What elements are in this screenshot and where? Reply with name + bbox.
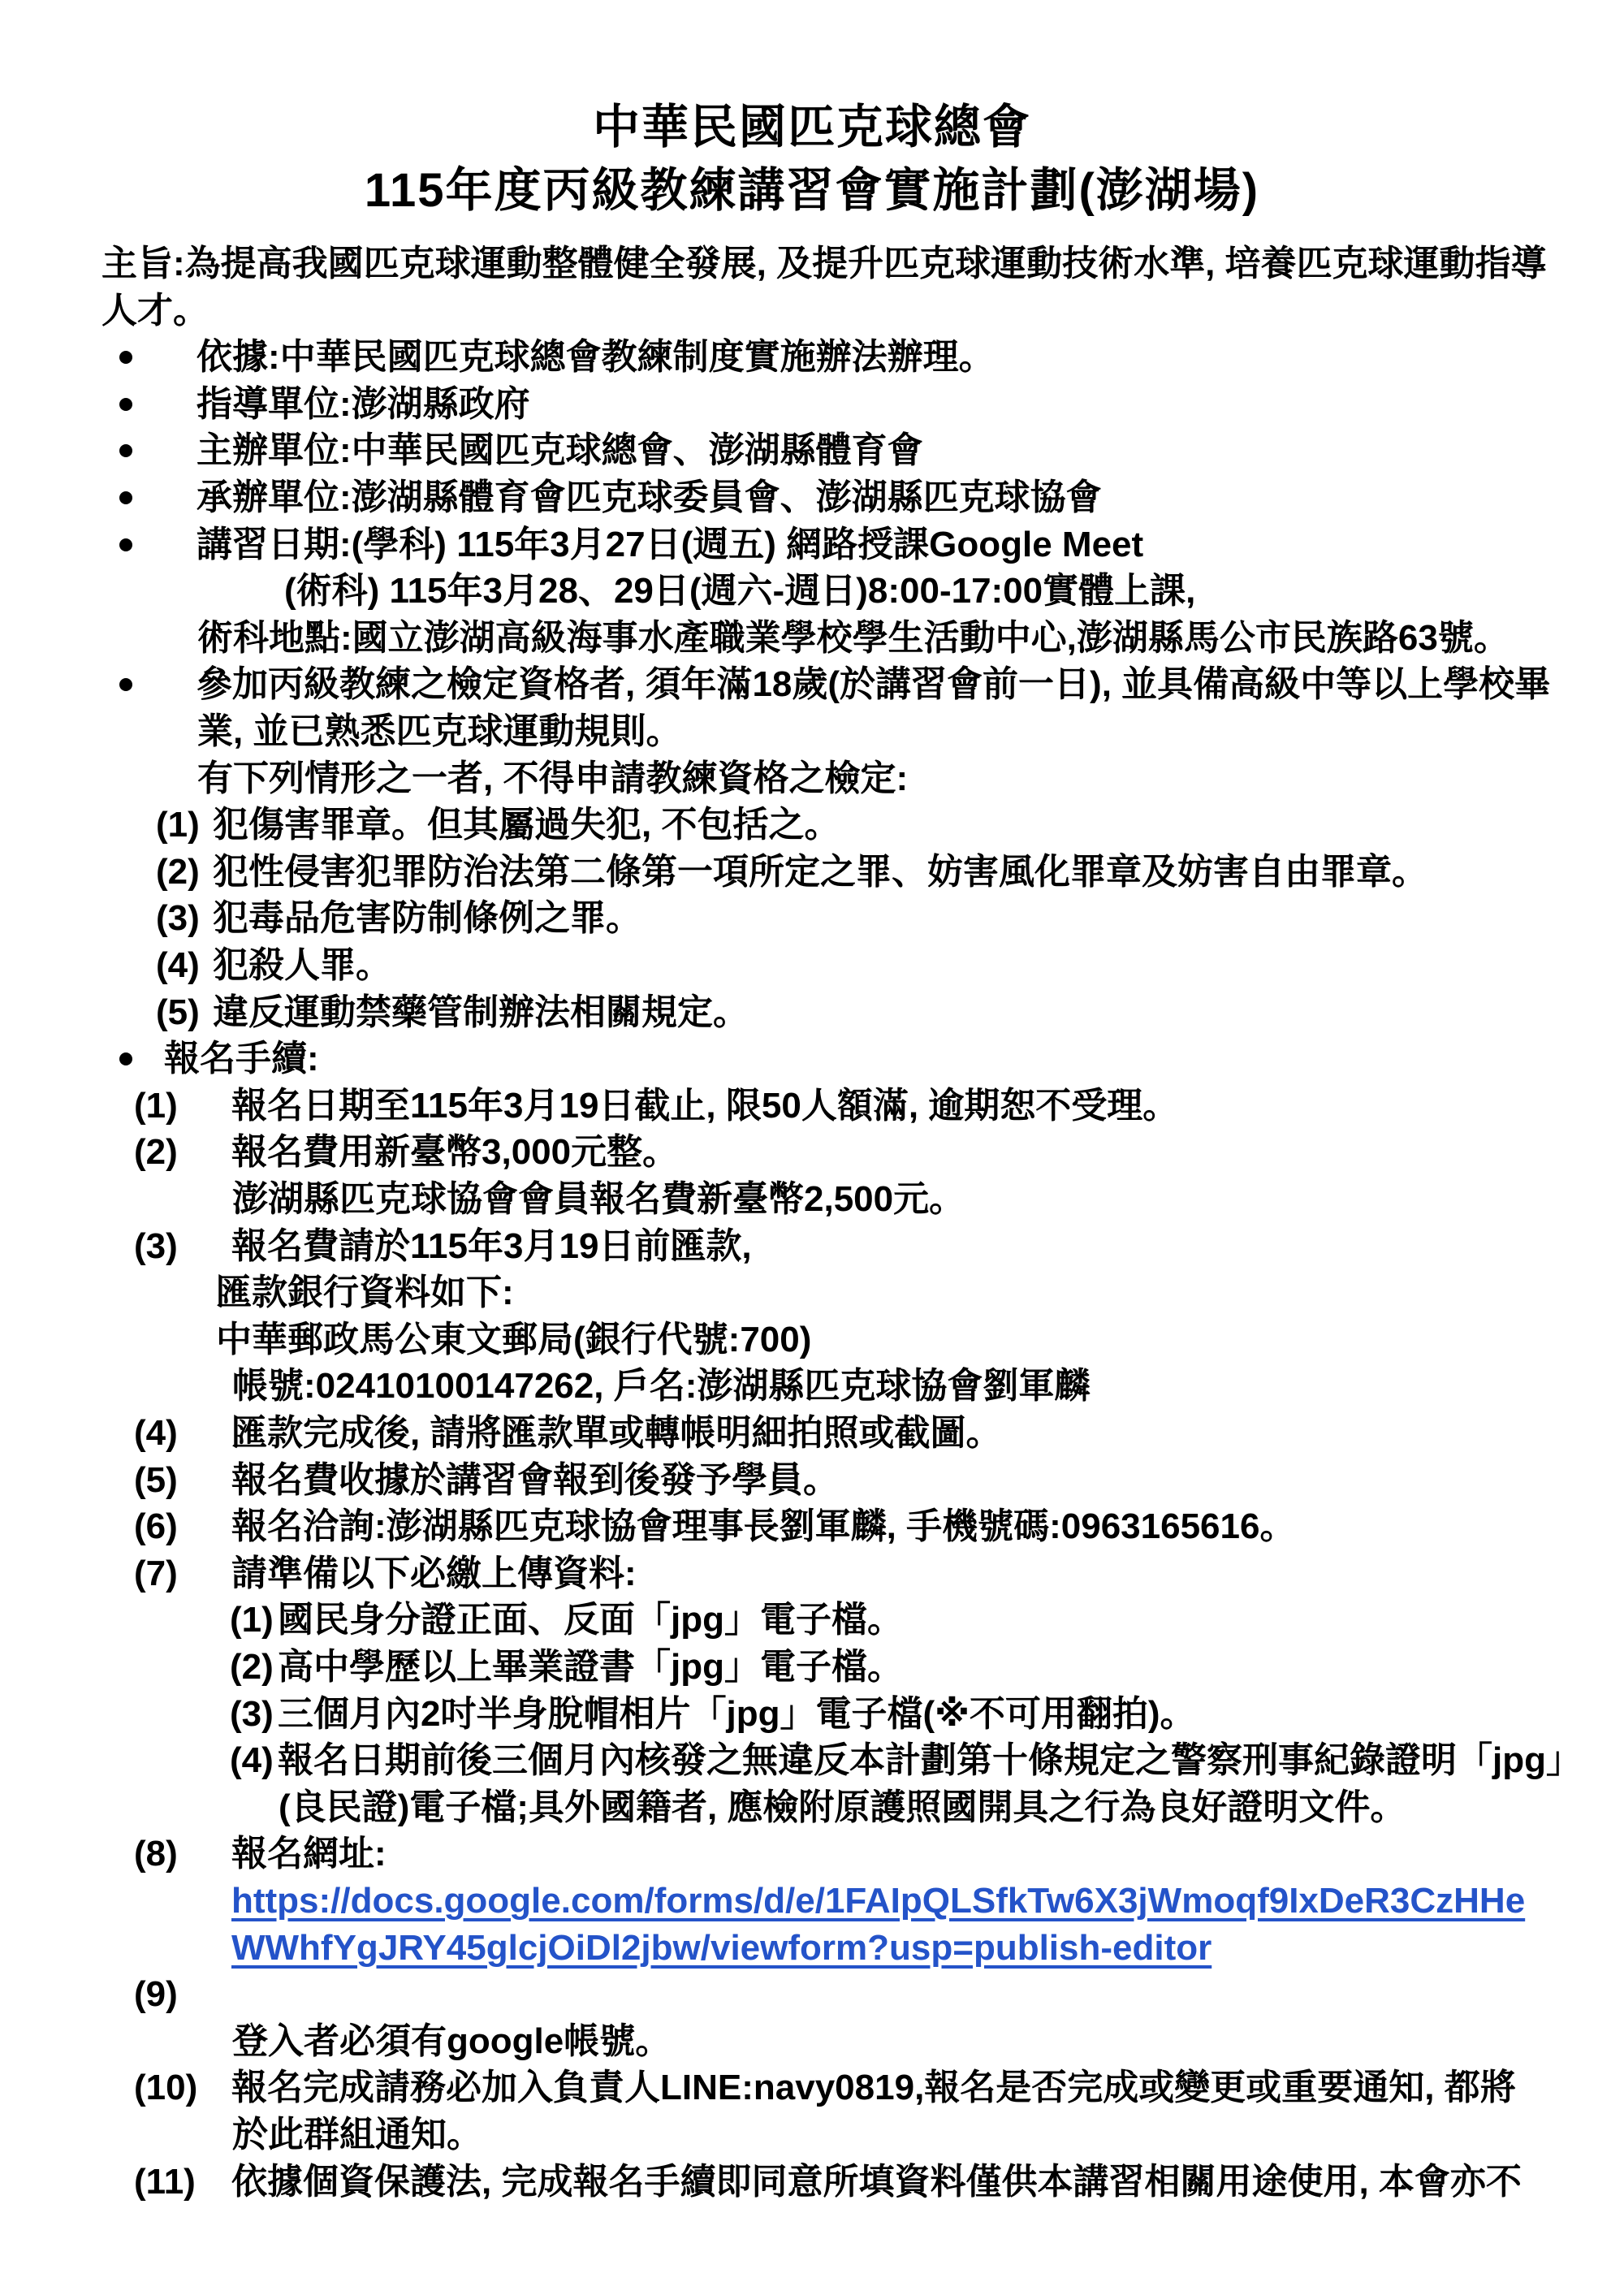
subject-line-2: 人才。: [0, 287, 1624, 335]
line-text: 報名費請於115年3月19日前匯款,: [231, 1223, 752, 1270]
list-marker: (4): [134, 1410, 178, 1457]
line-text: 報名日期至115年3月19日截止, 限50人額滿, 逾期恕不受理。: [231, 1083, 1178, 1130]
line-text: 犯毒品危害防制條例之罪。: [213, 895, 641, 942]
list-marker: (1): [156, 802, 200, 849]
line-text: 犯傷害罪章。但其屬過失犯, 不包括之。: [213, 802, 840, 849]
registration-url-line2[interactable]: WWhfYgJRY45glcjOiDl2jbw/viewform?usp=pub…: [231, 1925, 1212, 1972]
upload-item-2: (2)高中學歷以上畢業證書「jpg」電子檔。: [0, 1644, 1624, 1691]
line-text: 中華郵政馬公東文郵局(銀行代號:700): [216, 1316, 811, 1364]
list-marker: (3): [134, 1223, 178, 1270]
line-text: 於此群組通知。: [232, 2111, 482, 2159]
line-text: 承辦單位:澎湖縣體育會匹克球委員會、澎湖縣匹克球協會: [197, 474, 1102, 521]
line-text: 主辦單位:中華民國匹克球總會、澎湖縣體育會: [197, 427, 923, 474]
line-text: 帳號:02410100147262, 戶名:澎湖縣匹克球協會劉軍麟: [232, 1363, 1090, 1410]
bullet-dot-icon: [119, 1052, 132, 1065]
bullet-eligibility-3: 有下列情形之一者, 不得申請教練資格之檢定:: [0, 755, 1624, 802]
line-text: 請準備以下必繳上傳資料:: [231, 1550, 637, 1597]
line-text: 指導單位:澎湖縣政府: [197, 381, 530, 428]
registration-item-4: (4)匯款完成後, 請將匯款單或轉帳明細拍照或截圖。: [0, 1410, 1624, 1457]
list-marker: (11): [134, 2159, 196, 2206]
list-marker: (4): [230, 1737, 274, 1784]
list-marker: (3): [230, 1691, 274, 1738]
page-title-line1: 中華民國匹克球總會: [0, 96, 1624, 159]
upload-item-4b: (良民證)電子檔;具外國籍者, 應檢附原護照國開具之行為良好證明文件。: [0, 1784, 1624, 1831]
bullet-registration-procedure: 報名手續:: [0, 1035, 1624, 1083]
bullet-supervising-unit: 指導單位:澎湖縣政府: [0, 381, 1624, 428]
line-text: 三個月內2吋半身脫帽相片「jpg」電子檔(※不可用翻拍)。: [278, 1691, 1196, 1738]
line-text: 匯款銀行資料如下:: [216, 1269, 514, 1316]
line-text: 依據個資保護法, 完成報名手續即同意所填資料僅供本講習相關用途使用, 本會亦不: [231, 2159, 1522, 2206]
list-marker: (5): [134, 1457, 178, 1504]
registration-url-line1[interactable]: https://docs.google.com/forms/d/e/1FAIpQ…: [0, 1878, 1624, 1925]
line-text: 講習日期:(學科) 115年3月27日(週五) 網路授課Google Meet: [197, 521, 1143, 568]
registration-item-2b: 澎湖縣匹克球協會會員報名費新臺幣2,500元。: [0, 1176, 1624, 1223]
bank-name: 中華郵政馬公東文郵局(銀行代號:700): [0, 1316, 1624, 1364]
list-marker: (6): [134, 1503, 178, 1550]
upload-item-4a: (4)報名日期前後三個月內核發之無違反本計劃第十條規定之警察刑事紀錄證明「jpg…: [0, 1737, 1624, 1784]
line-text: 高中學歷以上畢業證書「jpg」電子檔。: [278, 1644, 903, 1691]
list-marker: (8): [134, 1830, 178, 1878]
bullet-dot-icon: [119, 678, 132, 691]
registration-url-line1[interactable]: https://docs.google.com/forms/d/e/1FAIpQ…: [231, 1878, 1525, 1925]
disqualification-item-5: (5)違反運動禁藥管制辦法相關規定。: [0, 989, 1624, 1036]
list-marker: (2): [134, 1129, 178, 1176]
line-text: 人才。: [101, 287, 209, 335]
disqualification-item-4: (4)犯殺人罪。: [0, 942, 1624, 989]
bullet-course-dates-2: (術科) 115年3月28、29日(週六-週日)8:00-17:00實體上課,: [0, 568, 1624, 615]
line-text: 主旨:為提高我國匹克球運動整體健全發展, 及提升匹克球運動技術水準, 培養匹克球…: [101, 240, 1547, 287]
line-text: (良民證)電子檔;具外國籍者, 應檢附原護照國開具之行為良好證明文件。: [279, 1784, 1406, 1831]
bullet-eligibility-2: 業, 並已熟悉匹克球運動規則。: [0, 708, 1624, 755]
list-marker: (7): [134, 1550, 178, 1597]
line-text: 依據:中華民國匹克球總會教練制度實施辦法辦理。: [197, 334, 995, 381]
line-text: 報名完成請務必加入負責人LINE:navy0819,報名是否完成或變更或重要通知…: [231, 2064, 1516, 2111]
bank-info-header: 匯款銀行資料如下:: [0, 1269, 1624, 1316]
bullet-dot-icon: [119, 351, 132, 364]
bullet-dot-icon: [119, 538, 132, 551]
registration-item-5: (5)報名費收據於講習會報到後發予學員。: [0, 1457, 1624, 1504]
list-marker: (5): [156, 989, 200, 1036]
list-marker: (1): [230, 1597, 274, 1644]
list-marker: (9): [134, 1971, 178, 2018]
bullet-dot-icon: [119, 444, 132, 457]
list-marker: (4): [156, 942, 200, 989]
list-marker: (3): [156, 895, 200, 942]
line-text: 犯性侵害犯罪防治法第二條第一項所定之罪、妨害風化罪章及妨害自由罪章。: [213, 849, 1427, 896]
registration-url-line2[interactable]: WWhfYgJRY45glcjOiDl2jbw/viewform?usp=pub…: [0, 1925, 1624, 1972]
registration-item-2: (2)報名費用新臺幣3,000元整。: [0, 1129, 1624, 1176]
list-marker: (1): [134, 1083, 178, 1130]
bank-account: 帳號:02410100147262, 戶名:澎湖縣匹克球協會劉軍麟: [0, 1363, 1624, 1410]
bullet-dot-icon: [119, 491, 132, 504]
registration-item-7: (7)請準備以下必繳上傳資料:: [0, 1550, 1624, 1597]
bullet-basis: 依據:中華民國匹克球總會教練制度實施辦法辦理。: [0, 334, 1624, 381]
disqualification-item-3: (3)犯毒品危害防制條例之罪。: [0, 895, 1624, 942]
disqualification-item-2: (2)犯性侵害犯罪防治法第二條第一項所定之罪、妨害風化罪章及妨害自由罪章。: [0, 849, 1624, 896]
line-text: 國民身分證正面、反面「jpg」電子檔。: [278, 1597, 903, 1644]
line-text: 澎湖縣匹克球協會會員報名費新臺幣2,500元。: [232, 1176, 965, 1223]
bullet-undertaking-unit: 承辦單位:澎湖縣體育會匹克球委員會、澎湖縣匹克球協會: [0, 474, 1624, 521]
line-text: 違反運動禁藥管制辦法相關規定。: [213, 989, 749, 1036]
line-text: 報名日期前後三個月內核發之無違反本計劃第十條規定之警察刑事紀錄證明「jpg」: [278, 1737, 1582, 1784]
registration-item-9: (9): [0, 1971, 1624, 2018]
line-text: 報名費用新臺幣3,000元整。: [231, 1129, 678, 1176]
line-text: 參加丙級教練之檢定資格者, 須年滿18歲(於講習會前一日), 並具備高級中等以上…: [197, 661, 1550, 708]
subject-line-1: 主旨:為提高我國匹克球運動整體健全發展, 及提升匹克球運動技術水準, 培養匹克球…: [0, 240, 1624, 287]
line-text: 報名費收據於講習會報到後發予學員。: [231, 1457, 839, 1504]
bullet-eligibility-1: 參加丙級教練之檢定資格者, 須年滿18歲(於講習會前一日), 並具備高級中等以上…: [0, 661, 1624, 708]
line-text: 報名手續:: [164, 1035, 319, 1083]
registration-item-3: (3)報名費請於115年3月19日前匯款,: [0, 1223, 1624, 1270]
line-text: (術科) 115年3月28、29日(週六-週日)8:00-17:00實體上課,: [284, 568, 1195, 615]
registration-item-1: (1)報名日期至115年3月19日截止, 限50人額滿, 逾期恕不受理。: [0, 1083, 1624, 1130]
page-title-line2: 115年度丙級教練講習會實施計劃(澎湖場): [0, 159, 1624, 223]
bullet-course-dates-1: 講習日期:(學科) 115年3月27日(週五) 網路授課Google Meet: [0, 521, 1624, 568]
list-marker: (2): [156, 849, 200, 896]
line-text: 犯殺人罪。: [213, 942, 391, 989]
registration-item-8: (8)報名網址:: [0, 1830, 1624, 1878]
document-page: 中華民國匹克球總會 115年度丙級教練講習會實施計劃(澎湖場) 主旨:為提高我國…: [0, 0, 1624, 2295]
upload-item-3: (3)三個月內2吋半身脫帽相片「jpg」電子檔(※不可用翻拍)。: [0, 1691, 1624, 1738]
registration-item-10a: (10)報名完成請務必加入負責人LINE:navy0819,報名是否完成或變更或…: [0, 2064, 1624, 2111]
line-text: 報名網址:: [231, 1830, 387, 1878]
line-text: 業, 並已熟悉匹克球運動規則。: [197, 708, 681, 755]
bullet-course-dates-3: 術科地點:國立澎湖高級海事水產職業學校學生活動中心,澎湖縣馬公市民族路63號。: [0, 615, 1624, 662]
disqualification-item-1: (1)犯傷害罪章。但其屬過失犯, 不包括之。: [0, 802, 1624, 849]
bullet-dot-icon: [119, 398, 132, 411]
registration-item-9b: 登入者必須有google帳號。: [0, 2018, 1624, 2065]
registration-item-10b: 於此群組通知。: [0, 2111, 1624, 2159]
list-marker: (10): [134, 2064, 197, 2111]
line-text: 登入者必須有google帳號。: [232, 2018, 671, 2065]
line-text: 有下列情形之一者, 不得申請教練資格之檢定:: [197, 755, 908, 802]
upload-item-1: (1)國民身分證正面、反面「jpg」電子檔。: [0, 1597, 1624, 1644]
line-text: 匯款完成後, 請將匯款單或轉帳明細拍照或截圖。: [231, 1410, 1001, 1457]
list-marker: (2): [230, 1644, 274, 1691]
line-text: 報名洽詢:澎湖縣匹克球協會理事長劉軍麟, 手機號碼:0963165616。: [231, 1503, 1295, 1550]
registration-item-11: (11)依據個資保護法, 完成報名手續即同意所填資料僅供本講習相關用途使用, 本…: [0, 2159, 1624, 2206]
line-text: 術科地點:國立澎湖高級海事水產職業學校學生活動中心,澎湖縣馬公市民族路63號。: [197, 615, 1510, 662]
registration-item-6: (6)報名洽詢:澎湖縣匹克球協會理事長劉軍麟, 手機號碼:0963165616。: [0, 1503, 1624, 1550]
bullet-organizing-unit: 主辦單位:中華民國匹克球總會、澎湖縣體育會: [0, 427, 1624, 474]
